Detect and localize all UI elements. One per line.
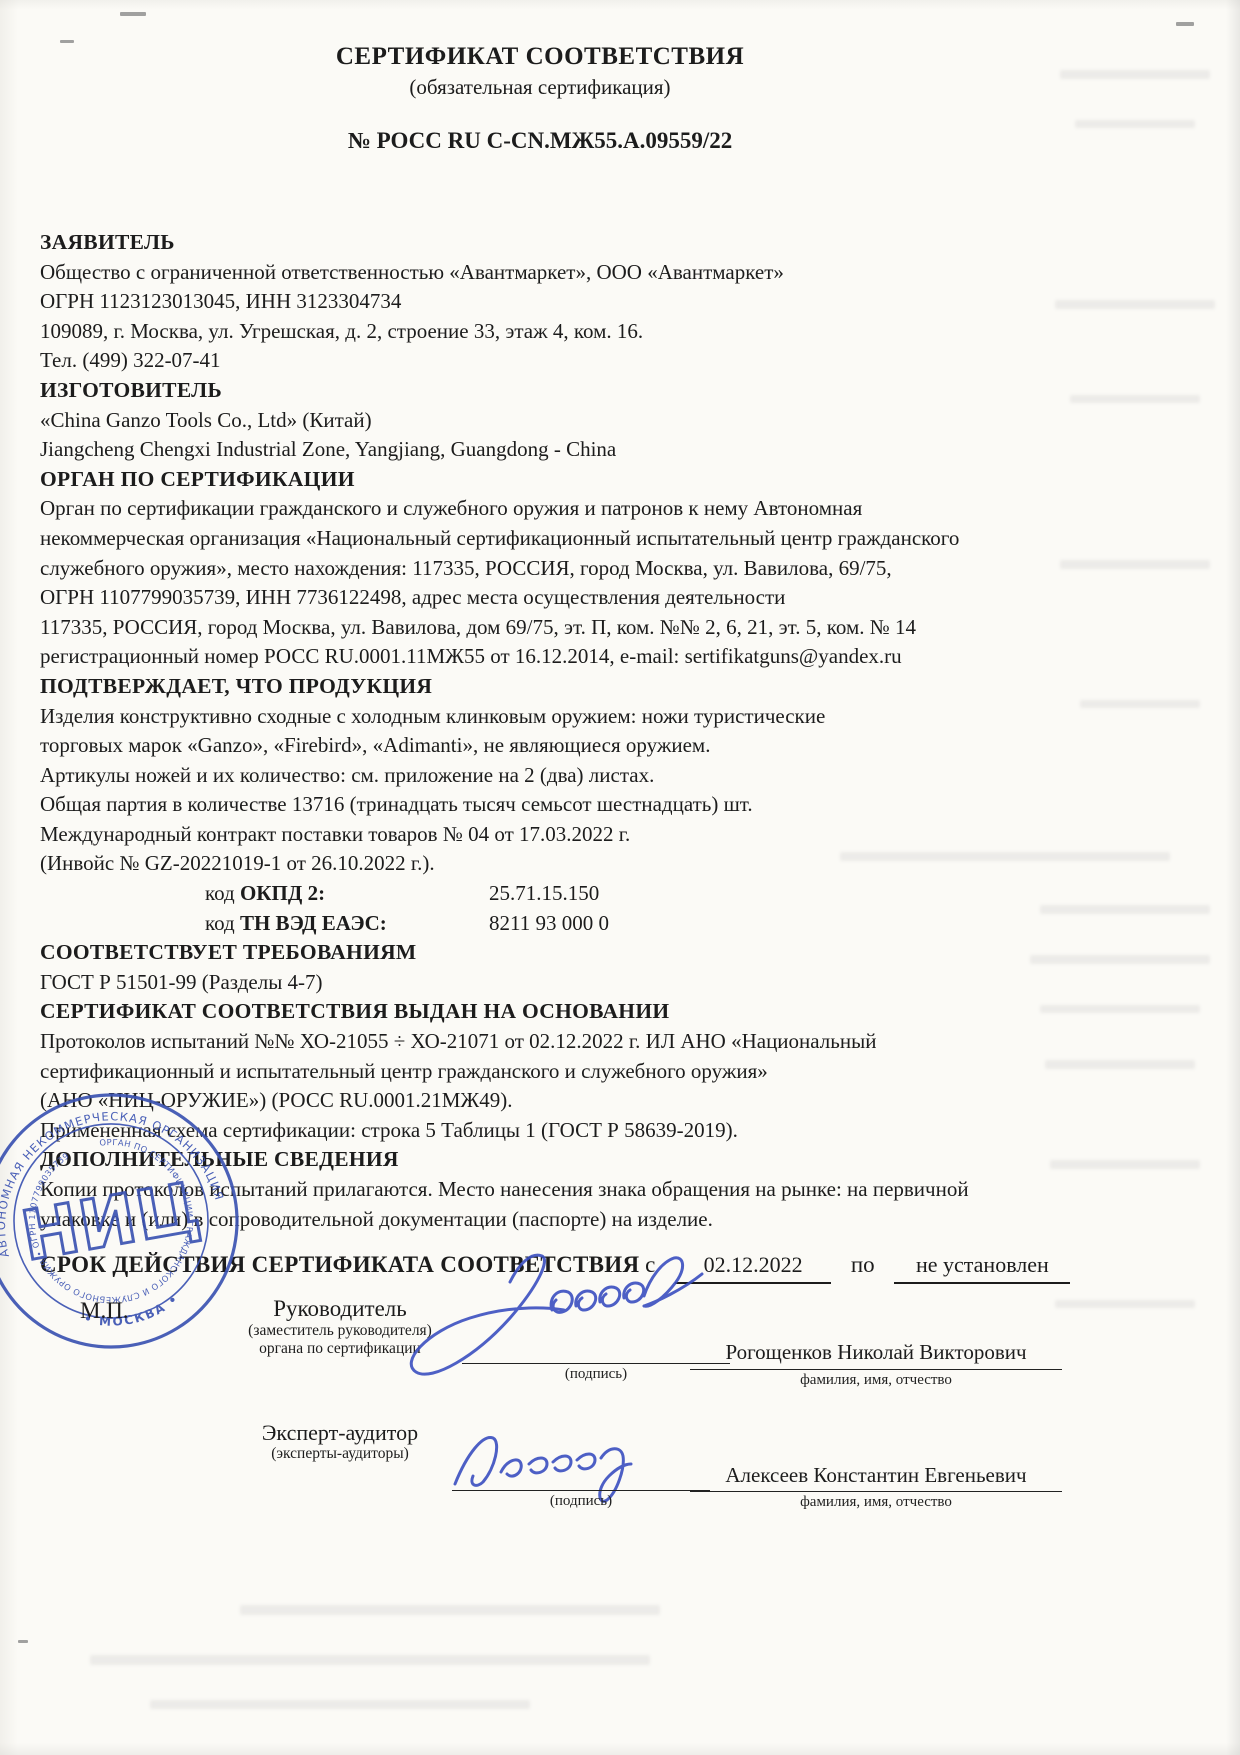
basis-line: Протоколов испытаний №№ ХО-21055 ÷ ХО-21… bbox=[40, 1027, 1040, 1057]
head-name-line bbox=[690, 1369, 1062, 1370]
requirements-line: ГОСТ Р 51501-99 (Разделы 4-7) bbox=[40, 968, 1040, 998]
expert-name-caption: фамилия, имя, отчество bbox=[690, 1494, 1062, 1511]
expert-role-title: Эксперт-аудитор bbox=[205, 1420, 475, 1445]
cert-org-line: служебного оружия», место нахождения: 11… bbox=[40, 554, 1040, 584]
product-line: Изделия конструктивно сходные с холодным… bbox=[40, 702, 1040, 732]
expert-name: Алексеев Константин Евгеньевич bbox=[690, 1463, 1062, 1488]
mp-label: М.П. bbox=[80, 1298, 129, 1324]
product-line: торговых марок «Ganzo», «Firebird», «Adi… bbox=[40, 731, 1040, 761]
head-name: Рогощенков Николай Викторович bbox=[690, 1340, 1062, 1365]
manufacturer-line: «China Ganzo Tools Co., Ltd» (Китай) bbox=[40, 406, 1040, 436]
expert-name-line bbox=[690, 1491, 1062, 1492]
cert-org-line: Орган по сертификации гражданского и слу… bbox=[40, 494, 1040, 524]
cert-org-line: 117335, РОССИЯ, город Москва, ул. Вавило… bbox=[40, 613, 1040, 643]
product-heading: ПОДТВЕРЖДАЕТ, ЧТО ПРОДУКЦИЯ bbox=[40, 672, 1040, 702]
product-line: Общая партия в количестве 13716 (тринадц… bbox=[40, 790, 1040, 820]
applicant-line: Общество с ограниченной ответственностью… bbox=[40, 258, 1040, 288]
tnved-code-value: 8211 93 000 0 bbox=[489, 909, 609, 939]
okpd-code-value: 25.71.15.150 bbox=[489, 879, 599, 909]
product-line: Артикулы ножей и их количество: см. прил… bbox=[40, 761, 1040, 791]
expert-role-subtitle: (эксперты-аудиторы) bbox=[205, 1445, 475, 1463]
applicant-line: 109089, г. Москва, ул. Угрешская, д. 2, … bbox=[40, 317, 1040, 347]
certificate-number: № РОСС RU C-CN.МЖ55.А.09559/22 bbox=[40, 126, 1040, 156]
head-name-caption: фамилия, имя, отчество bbox=[690, 1372, 1062, 1389]
document-subtitle: (обязательная сертификация) bbox=[40, 72, 1040, 102]
validity-date-to: не установлен bbox=[894, 1250, 1070, 1284]
validity-to-label: по bbox=[851, 1252, 875, 1277]
requirements-heading: СООТВЕТСТВУЕТ ТРЕБОВАНИЯМ bbox=[40, 938, 1040, 968]
cert-org-line: ОГРН 1107799035739, ИНН 7736122498, адре… bbox=[40, 583, 1040, 613]
manufacturer-line: Jiangcheng Chengxi Industrial Zone, Yang… bbox=[40, 435, 1040, 465]
applicant-line: Тел. (499) 322-07-41 bbox=[40, 346, 1040, 376]
cert-org-line: некоммерческая организация «Национальный… bbox=[40, 524, 1040, 554]
expert-role-block: Эксперт-аудитор (эксперты-аудиторы) bbox=[205, 1420, 475, 1463]
document-title: СЕРТИФИКАТ СООТВЕТСТВИЯ bbox=[40, 42, 1040, 72]
applicant-line: ОГРН 1123123013045, ИНН 3123304734 bbox=[40, 287, 1040, 317]
manufacturer-heading: ИЗГОТОВИТЕЛЬ bbox=[40, 376, 1040, 406]
applicant-heading: ЗАЯВИТЕЛЬ bbox=[40, 228, 1040, 258]
cert-org-heading: ОРГАН ПО СЕРТИФИКАЦИИ bbox=[40, 465, 1040, 495]
product-line: Международный контракт поставки товаров … bbox=[40, 820, 1040, 850]
tnved-code-label: код ТН ВЭД ЕАЭС: bbox=[205, 909, 489, 939]
cert-org-line: регистрационный номер РОСС RU.0001.11МЖ5… bbox=[40, 642, 1040, 672]
expert-signature-line bbox=[452, 1490, 710, 1491]
okpd-code-label: код ОКПД 2: bbox=[205, 879, 489, 909]
basis-heading: СЕРТИФИКАТ СООТВЕТСТВИЯ ВЫДАН НА ОСНОВАН… bbox=[40, 997, 1040, 1027]
expert-signature-caption: (подпись) bbox=[452, 1493, 710, 1510]
okpd-code-row: код ОКПД 2:25.71.15.150 bbox=[40, 879, 1040, 909]
tnved-code-row: код ТН ВЭД ЕАЭС:8211 93 000 0 bbox=[40, 909, 1040, 939]
